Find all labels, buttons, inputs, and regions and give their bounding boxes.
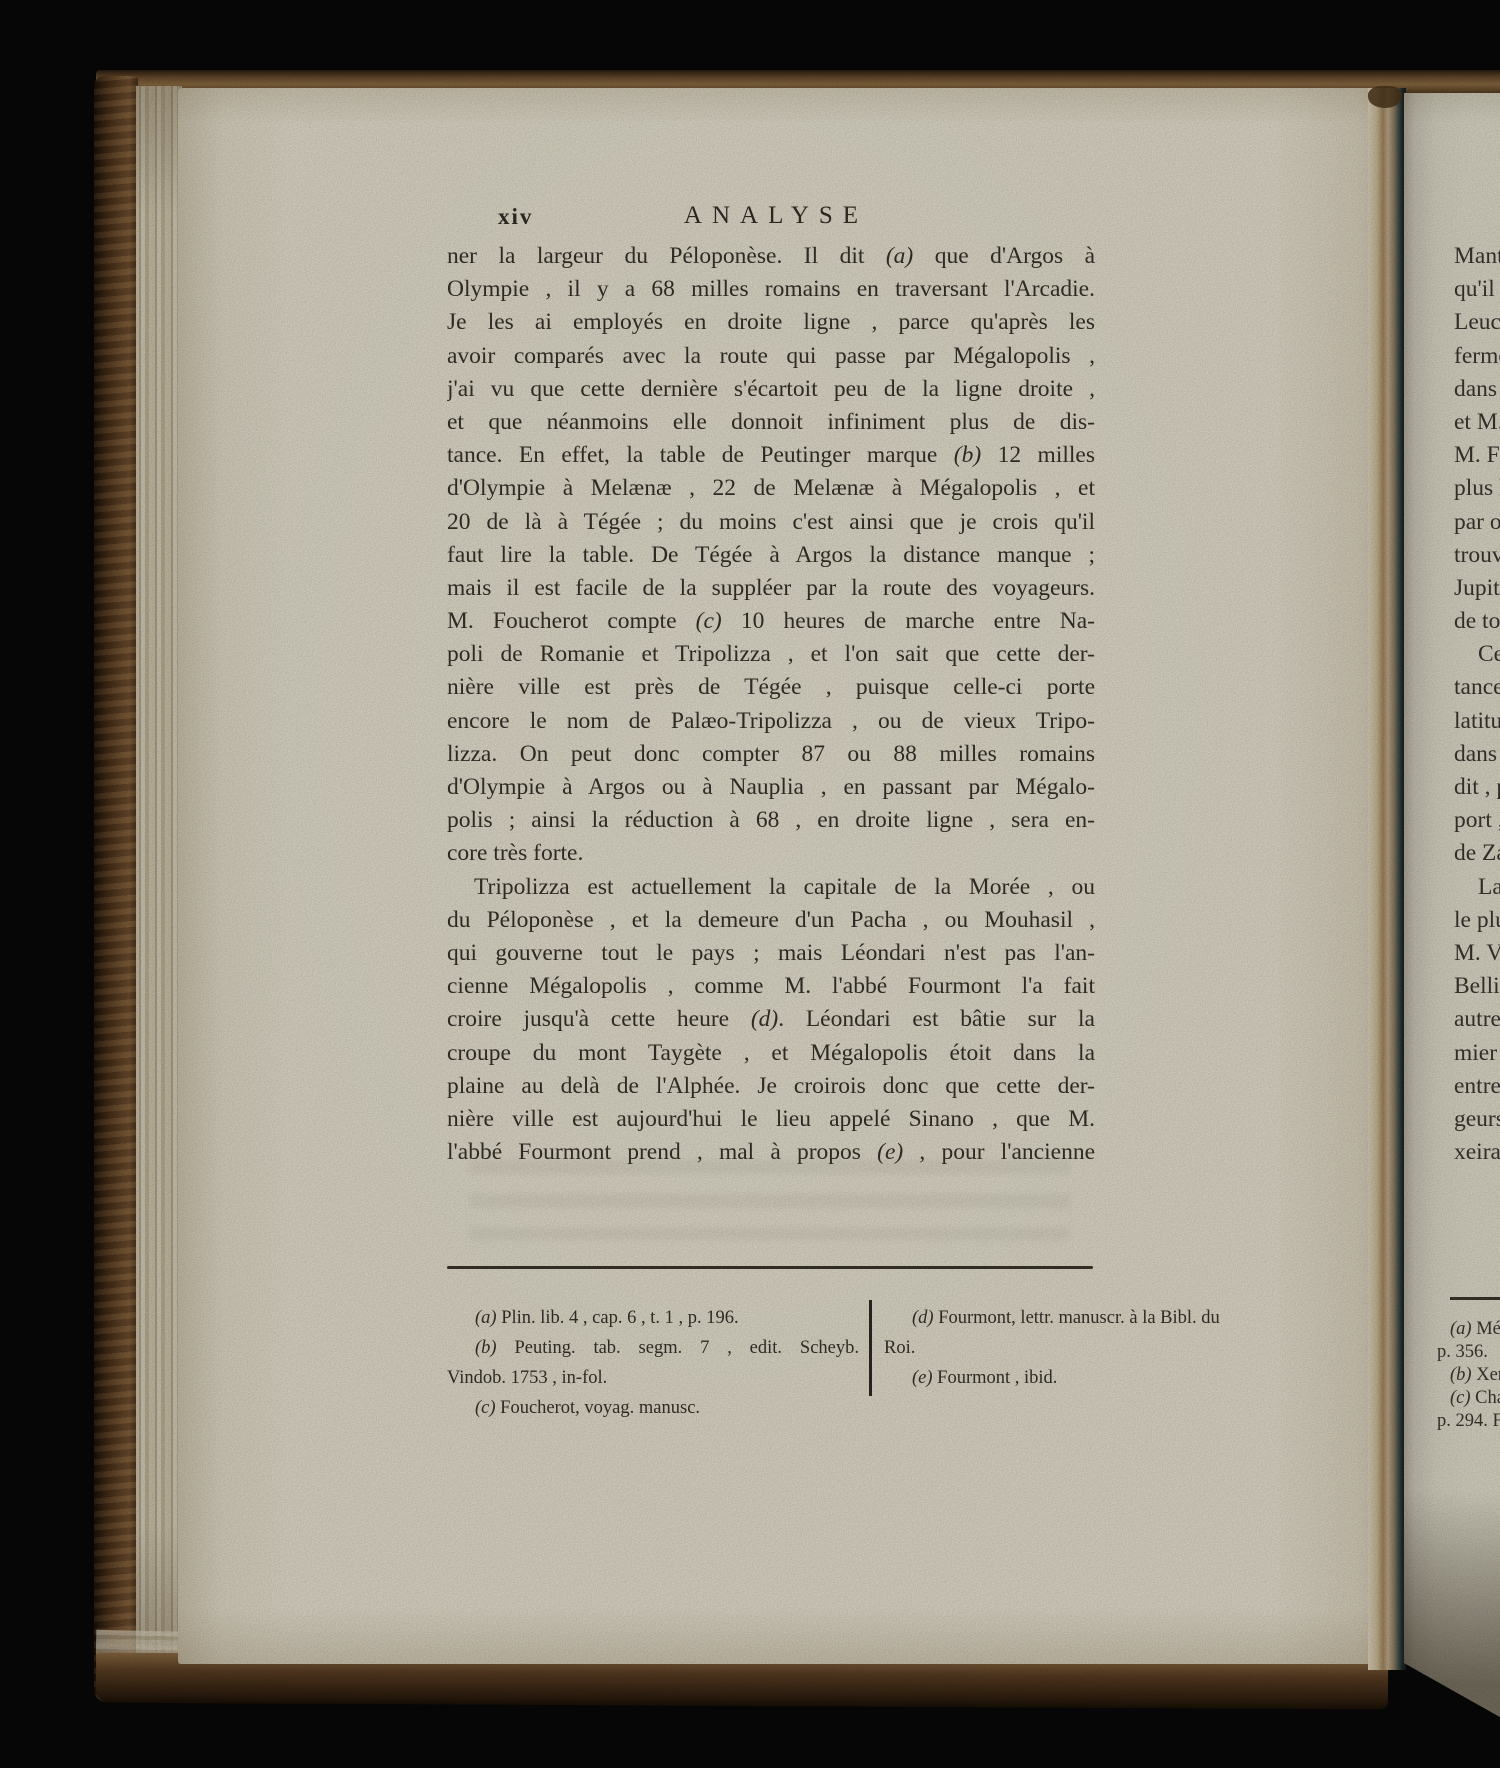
page-stack-edges [136,86,182,1686]
right-page-text-line: Manti [1454,240,1500,273]
right-page-text-line: trouv [1454,539,1500,572]
right-page-text-line: qu'il [1454,273,1500,306]
body-text-line: mais il est facile de la suppléer par la… [447,572,1095,605]
body-text-line: qui gouverne tout le pays ; mais Léondar… [447,937,1095,970]
right-page-text-line: dit , p [1454,771,1500,804]
page-header: xiv ANALYSE [447,202,1095,236]
right-page-text-line: dans [1454,738,1500,771]
body-text-line: croire jusqu'à cette heure (d). Léondari… [447,1003,1095,1036]
body-text-line: Je les ai employés en droite ligne , par… [447,306,1095,339]
footnote-line: Vindob. 1753 , in-fol. [447,1363,859,1393]
right-page-footnotes: (a) Mép. 356.(b) Xen(c) Chap. 294. Fo [1437,1318,1500,1433]
body-text-line: ner la largeur du Péloponèse. Il dit (a)… [447,240,1095,273]
running-title: ANALYSE [447,202,1095,230]
right-page-text-line: de to [1454,605,1500,638]
body-text-line: Olympie , il y a 68 milles romains en tr… [447,273,1095,306]
body-text-line: et que néanmoins elle donnoit infiniment… [447,406,1095,439]
body-text-line: polis ; ainsi la réduction à 68 , en dro… [447,804,1095,837]
right-page-text-line: tance [1454,671,1500,704]
right-page-text-line: par o [1454,506,1500,539]
right-page-text-line: port , [1454,804,1500,837]
right-page-text-line: et M. [1454,406,1500,439]
body-text-line: plaine au delà de l'Alphée. Je croirois … [447,1070,1095,1103]
body-text-line: nière ville est près de Tégée , puisque … [447,671,1095,704]
body-text-line: M. Foucherot compte (c) 10 heures de mar… [447,605,1095,638]
right-page-text-line: Bellin [1454,970,1500,1003]
footnote-line: (e) Fourmont , ibid. [884,1363,1236,1393]
footnote-line: Roi. [884,1333,1236,1363]
right-page-footnote-line: (c) Cha [1437,1387,1500,1410]
body-text-line: d'Olympie à Melænæ , 22 de Melænæ à Méga… [447,472,1095,505]
page-gutter-curl [1368,88,1406,1670]
right-page-footnote-line: p. 356. [1437,1341,1500,1364]
right-page-text-line: entre [1454,1070,1500,1103]
body-text-line: croupe du mont Taygète , et Mégalopolis … [447,1037,1095,1070]
right-page-text-line: M. Fa [1454,439,1500,472]
book-cover-left-edge [94,76,138,1702]
right-page-text-line: fermo [1454,340,1500,373]
body-text-line: lizza. On peut donc compter 87 ou 88 mil… [447,738,1095,771]
right-page-footnote-line: p. 294. Fo [1437,1410,1500,1433]
body-text-line: tance. En effet, la table de Peutinger m… [447,439,1095,472]
right-page-text-line: Leuct [1454,306,1500,339]
body-text-line: j'ai vu que cette dernière s'écartoit pe… [447,373,1095,406]
right-page-text-line: dans [1454,373,1500,406]
body-text-line: l'abbé Fourmont prend , mal à propos (e)… [447,1136,1095,1169]
body-text-line: encore le nom de Palæo-Tripolizza , ou d… [447,705,1095,738]
gutter-top-smudge [1368,86,1402,108]
right-page-footnote-rule [1450,1297,1500,1300]
right-page-text-line: M. V [1454,937,1500,970]
footnote-column-divider [869,1300,872,1396]
footnote-line: (d) Fourmont, lettr. manuscr. à la Bibl.… [884,1303,1236,1333]
body-text: ner la largeur du Péloponèse. Il dit (a)… [447,240,1095,1169]
right-page-text-line: geurs. [1454,1103,1500,1136]
footnote-line: (c) Foucherot, voyag. manusc. [447,1393,859,1423]
body-text-line: nière ville est aujourd'hui le lieu appe… [447,1103,1095,1136]
body-text-line: du Péloponèse , et la demeure d'un Pacha… [447,904,1095,937]
right-page-text-line: mier a [1454,1037,1500,1070]
body-text-line: avoir comparés avec la route qui passe p… [447,340,1095,373]
right-page-text: Mantiqu'ilLeuctfermodanset M.M. Faplus h… [1454,240,1500,1169]
right-page-text-line: le plu [1454,904,1500,937]
footnotes-left-column: (a) Plin. lib. 4 , cap. 6 , t. 1 , p. 19… [447,1303,859,1423]
body-text-line: faut lire la table. De Tégée à Argos la … [447,539,1095,572]
right-page-footnote-line: (b) Xen [1437,1364,1500,1387]
right-page-text-line: Jupit [1454,572,1500,605]
right-page-text-line: autref [1454,1003,1500,1036]
footnote-rule [447,1266,1093,1269]
scanned-book-spread: { "colors":{"background":"#070707","pape… [0,0,1500,1768]
right-page-text-line: Cep [1454,638,1500,671]
footnote-line: (a) Plin. lib. 4 , cap. 6 , t. 1 , p. 19… [447,1303,859,1333]
right-page-text-line: plus h [1454,472,1500,505]
body-text-line: core très forte. [447,837,1095,870]
body-text-line: Tripolizza est actuellement la capitale … [447,871,1095,904]
right-page-text-line: latitu [1454,705,1500,738]
body-text-line: cienne Mégalopolis , comme M. l'abbé Fou… [447,970,1095,1003]
footnote-line: (b) Peuting. tab. segm. 7 , edit. Scheyb… [447,1333,859,1363]
body-text-line: d'Olympie à Argos ou à Nauplia , en pass… [447,771,1095,804]
right-page-footnote-line: (a) Mé [1437,1318,1500,1341]
page-number: xiv [498,204,533,230]
footnotes-right-column: (d) Fourmont, lettr. manuscr. à la Bibl.… [884,1303,1236,1393]
right-page-text-line: xeira ( [1454,1136,1500,1169]
right-page-text-line: La [1454,871,1500,904]
body-text-line: 20 de là à Tégée ; du moins c'est ainsi … [447,506,1095,539]
body-text-line: poli de Romanie et Tripolizza , et l'on … [447,638,1095,671]
right-page-text-line: de Za [1454,837,1500,870]
